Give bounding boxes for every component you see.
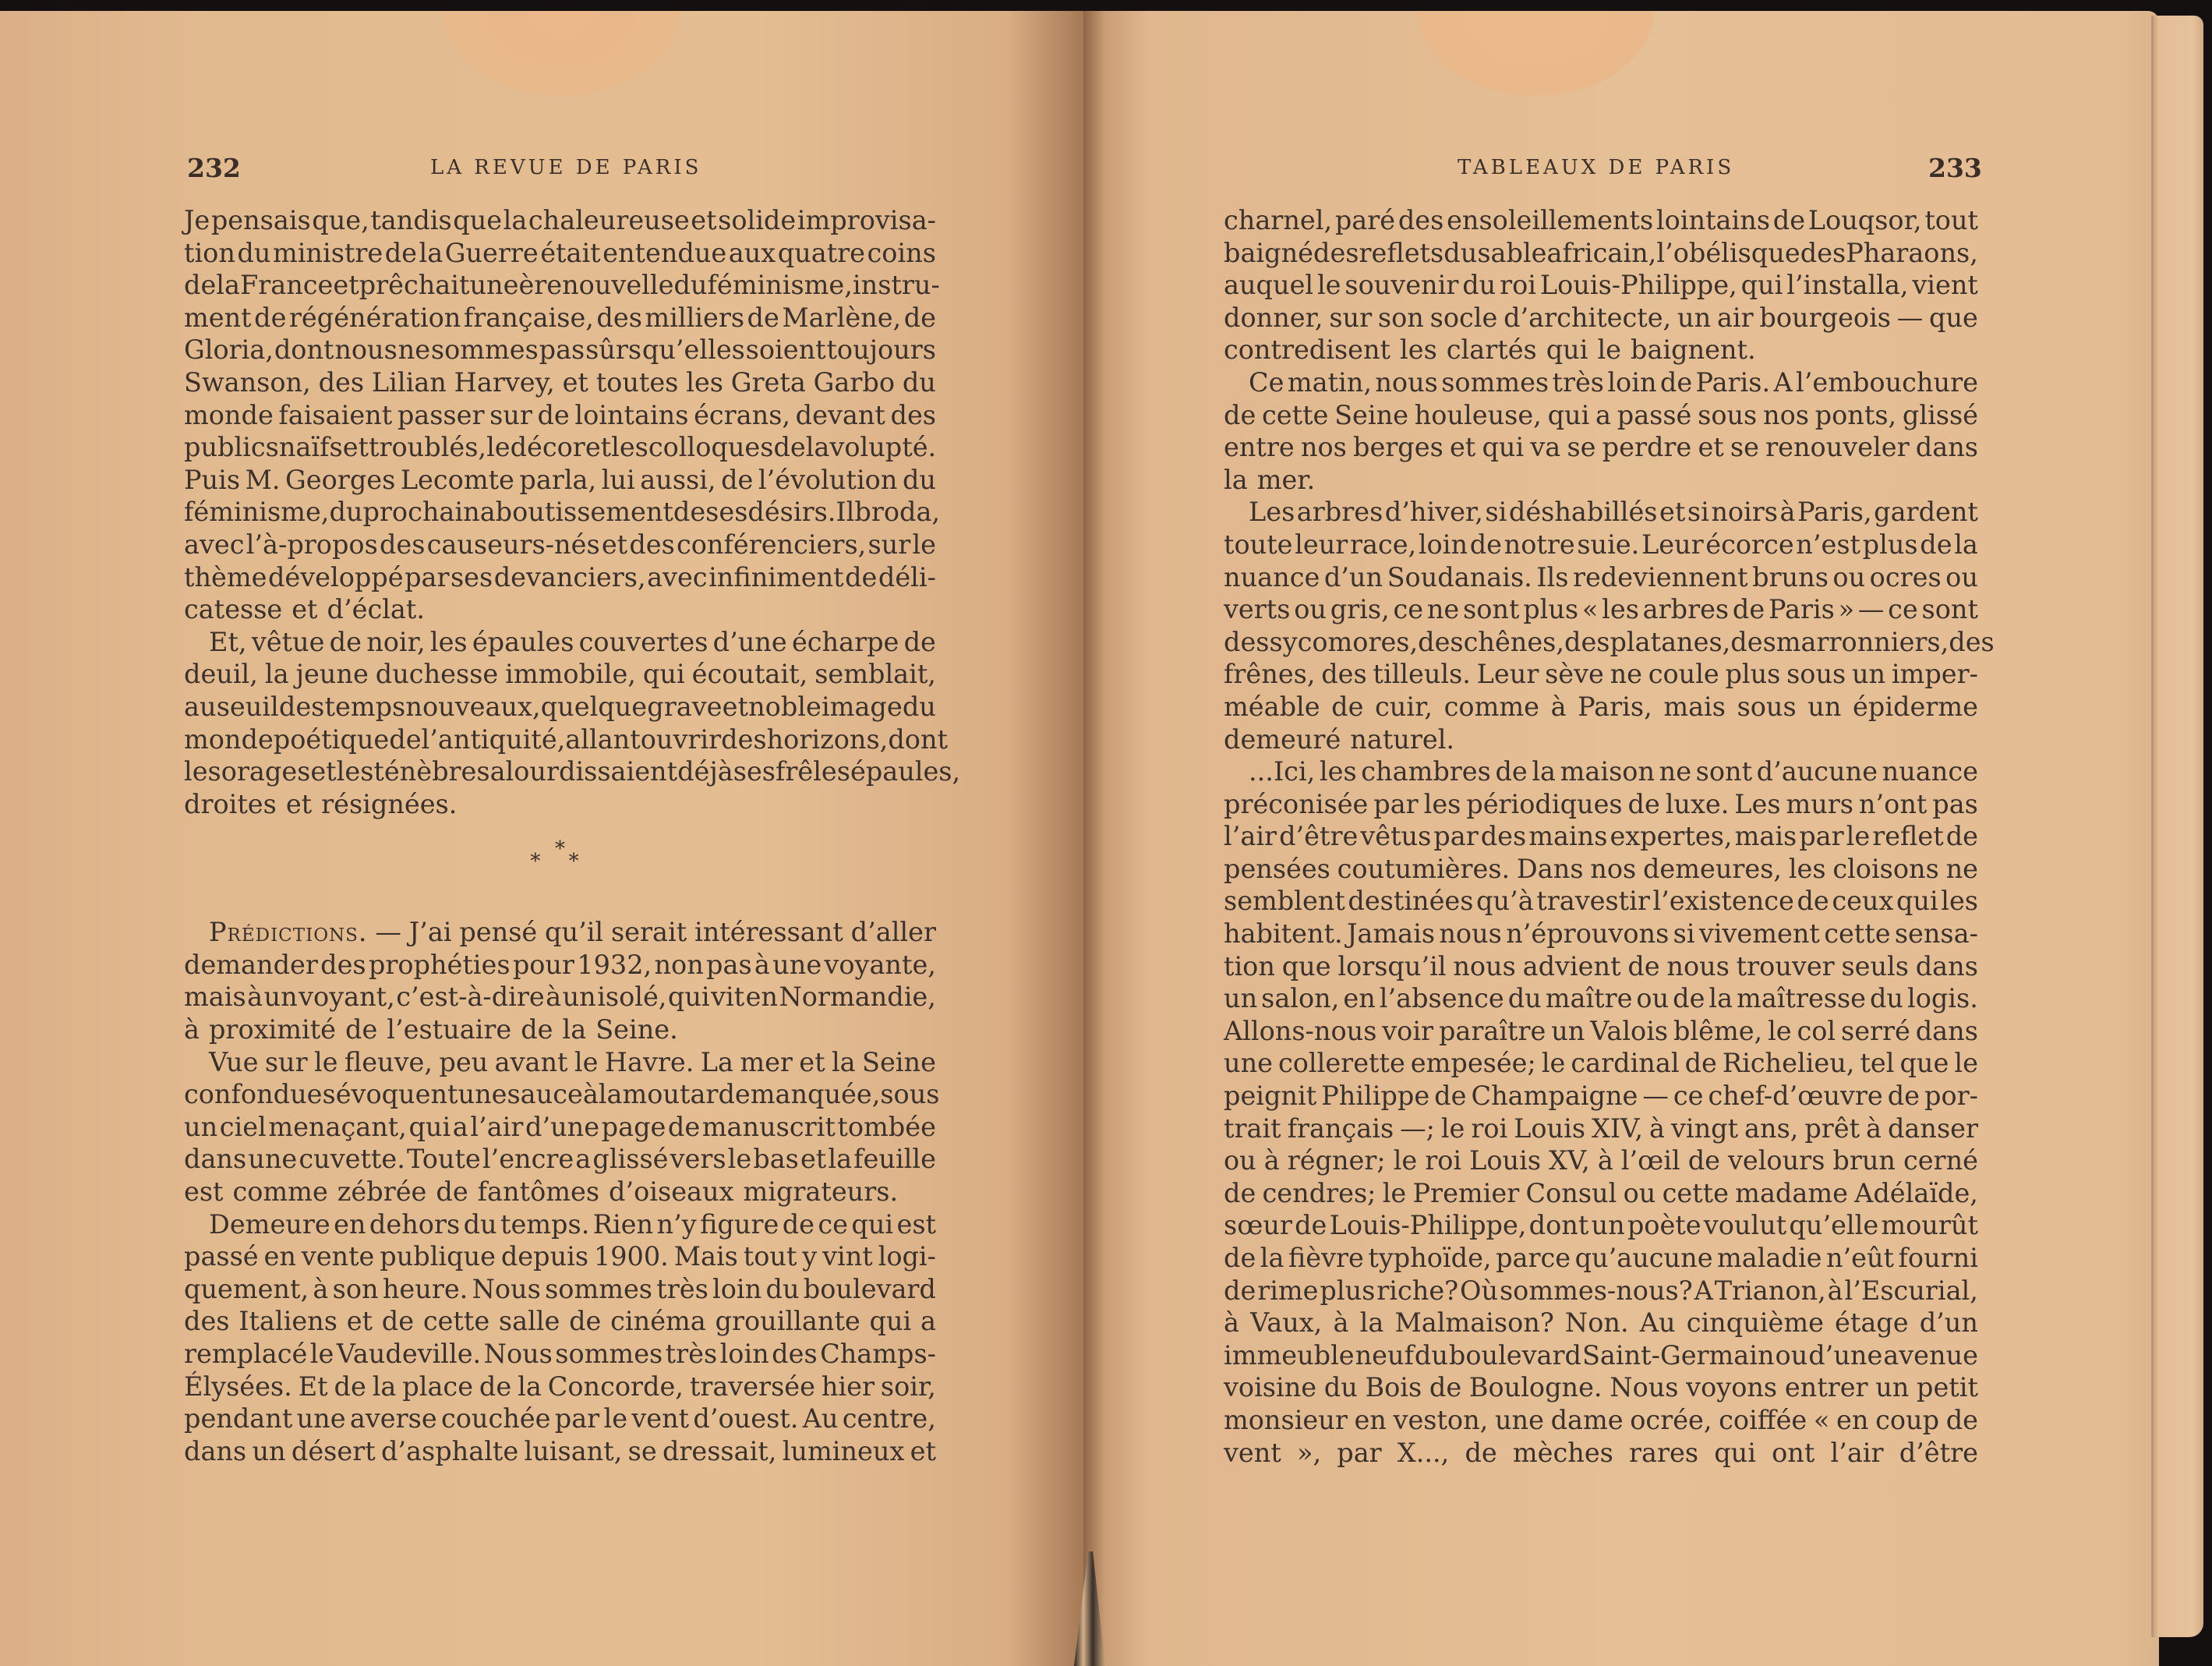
text-line: touteleurrace,loindenotresuie.Leurécorce… [1224,529,1978,561]
text-line: unsalon,enl’absencedumaîtreoudelamaîtres… [1224,982,1978,1015]
asterism-bottom: * * [530,850,589,873]
text-line: tionquelorsqu’ilnousadvientdenoustrouver… [1224,950,1978,983]
text-line: Lesarbresd’hiver,sidéshabillésetsinoirsà… [1224,496,1978,529]
right-page-text: charnel,parédesensoleillementslointainsd… [1224,204,1978,1469]
text-line: publicsnaïfsettroublés,ledécoretlescollo… [184,431,936,464]
text-line: nuanced’unSoudanais.Ilsredeviennentbruns… [1224,561,1978,594]
text-line: Cematin,noussommestrèsloindeParis.Al’emb… [1224,366,1978,399]
text-line: demeurénaturel. [1224,723,1978,756]
page-number-left: 232 [187,153,241,183]
text-line: deuil,lajeuneduchesseimmobile,quiécoutai… [184,658,936,691]
left-paragraphs-top: Jepensaisque,tandisquelachaleureuseetsol… [184,204,936,820]
text-line: frênes,destilleuls.Leursèvenecouleplusso… [1224,658,1978,691]
text-line: sœurdeLouis-Philippe,dontunpoètevoulutqu… [1224,1209,1978,1242]
page-number-right: 233 [1928,153,1982,183]
text-line: dansunecuvette.Toutel’encreaglisséversle… [184,1143,936,1176]
text-line: dansundésertd’asphalteluisant,sedressait… [184,1435,936,1468]
text-line: estcommezébréedefantômesd’oiseauxmigrate… [184,1176,936,1208]
text-line: delaFranceetprêchaituneèrenouvelledufémi… [184,269,936,302]
text-line: decetteSeinehouleuse,quiapassésousnospon… [1224,399,1978,432]
section-heading: Prédictions. [209,916,368,949]
text-line: vent»,parX...,demèchesraresquiontl’aird’… [1224,1437,1978,1470]
text-line: Allons-nousvoirparaîtreunValoisblême,lec… [1224,1015,1978,1048]
text-line: unecolleretteempesée;lecardinaldeRicheli… [1224,1047,1978,1080]
text-line: droitesetrésignées. [184,788,936,821]
text-line: mondepoétiquedel’antiquité,allantouvrird… [184,723,936,756]
text-line: lesoragesetlesténèbresalourdissaientdéjà… [184,755,936,788]
text-line: maisàunvoyant,c’est-à-direàunisolé,quivi… [184,981,936,1013]
text-line: charnel,parédesensoleillementslointainsd… [1224,204,1978,237]
left-page-text: Jepensaisque,tandisquelachaleureuseetsol… [184,204,936,1467]
right-paragraphs: charnel,parédesensoleillementslointainsd… [1224,204,1978,1469]
text-line: Demeureendehorsdutemps.Rienn’yfiguredece… [184,1208,936,1241]
text-line: habitent.Jamaisnousn’éprouvonssivivement… [1224,918,1978,950]
text-line: dessycomores,deschênes,desplatanes,desma… [1224,626,1978,659]
text-line: confonduesévoquentunesauceàlamoutardeman… [184,1078,936,1111]
text-line: passéenventepubliquedepuis1900.Maistouty… [184,1240,936,1273]
text-line: pendantuneaversecouchéeparleventd’ouest.… [184,1402,936,1435]
text-line: PuisM.GeorgesLecomteparla,luiaussi,del’é… [184,464,936,497]
text-line: remplacéleVaudeville.Noussommestrèsloind… [184,1338,936,1371]
text-line: Gloria,dontnousnesommespassûrsqu’ellesso… [184,334,936,366]
text-line: préconiséeparlespériodiquesdeluxe.Lesmur… [1224,788,1978,821]
text-line: contredisentlesclartésquilebaignent. [1224,334,1978,366]
text-line: penséescoutumières.Dansnosdemeures,lescl… [1224,853,1978,886]
text-line: Vuesurlefleuve,peuavantleHavre.Lameretla… [184,1046,936,1079]
page-fore-edge [2151,16,2203,1637]
text-line: Swanson,desLilianHarvey,ettouteslesGreta… [184,366,936,399]
text-line: féminisme,duprochainaboutissementdesesdé… [184,496,936,529]
open-book-spread: 232 LA REVUE DE PARIS TABLEAUX DE PARIS … [0,0,2212,1666]
text-line: derimeplusriche?Oùsommes-nous?ATrianon,à… [1224,1275,1978,1307]
text-line: àproximitédel’estuairedelaSeine. [184,1013,936,1046]
text-line: baignédesrefletsdusableafricain,l’obélis… [1224,237,1978,270]
text-line: catesseetd’éclat. [184,593,936,626]
text-line: semblentdestinéesqu’àtravestirl’existenc… [1224,885,1978,918]
text-line: ...Ici,leschambresdelamaisonnesontd’aucu… [1224,755,1978,788]
text-line: voisineduBoisdeBoulogne.Nousvoyonsentrer… [1224,1371,1978,1404]
text-line: tionduministredelaGuerreétaitentendueaux… [184,237,936,270]
text-line: auseuildestempsnouveaux,quelquegraveetno… [184,691,936,723]
text-line: Et,vêtuedenoir,lesépaulescouvertesd’uneé… [184,626,936,659]
text-line: lamer. [1224,464,1978,497]
text-line: desItaliensetdecettesalledecinémagrouill… [184,1305,936,1338]
text-line: delafièvretyphoïde,parcequ’aucunemaladie… [1224,1242,1978,1275]
text-line: quement,àsonheure.Noussommestrèsloindubo… [184,1273,936,1306]
text-line: auquellesouvenirduroiLouis-Philippe,quil… [1224,269,1978,302]
left-paragraphs-bottom: Prédictions.—J’aipenséqu’ilseraitintéres… [184,916,936,1467]
text-line: vertsougris,cenesontplus«lesarbresdePari… [1224,593,1978,626]
text-line: monsieurenveston,unedameocrée,coiffée«en… [1224,1404,1978,1437]
text-line: l’aird’êtrevêtuspardesmainsexpertes,mais… [1224,820,1978,853]
text-line: ouàrégner;leroiLouisXV,àl’œildeveloursbr… [1224,1144,1978,1177]
text-line: uncielmenaçant,quial’aird’unepagedemanus… [184,1111,936,1144]
text-line: traitfrançais—;leroiLouisXIV,àvingtans,p… [1224,1112,1978,1145]
running-head-right: TABLEAUX DE PARIS [1458,156,1734,179]
text-line: demanderdesprophétiespour1932,nonpasàune… [184,949,936,982]
text-line: mentderégénérationfrançaise,desmilliersd… [184,302,936,334]
running-head-left: LA REVUE DE PARIS [430,156,701,179]
text-line: peignitPhilippedeChampaigne—cechef-d’œuv… [1224,1080,1978,1112]
text-line: Élysées.EtdelaplacedelaConcorde,traversé… [184,1371,936,1403]
text-line: avecl’à-proposdescauseurs-nésetdesconfér… [184,529,936,561]
text-line: thèmedéveloppéparsesdevanciers,avecinfin… [184,561,936,594]
text-line: mondefaisaientpassersurdelointainsécrans… [184,399,936,432]
section-asterism: * * * [184,820,936,916]
text-line: donner,sursonsocled’architecte,unairbour… [1224,302,1978,334]
text-line: méabledecuir,commeàParis,maissousunépide… [1224,691,1978,723]
text-line: àVaux,àlaMalmaison?Non.Aucinquièmeétaged… [1224,1307,1978,1339]
text-line: decendres;lePremierConsuloucettemadameAd… [1224,1177,1978,1210]
text-line: Jepensaisque,tandisquelachaleureuseetsol… [184,204,936,237]
text-line: immeubleneufduboulevardSaint-Germainoud’… [1224,1339,1978,1372]
text-line: Prédictions.—J’aipenséqu’ilseraitintéres… [184,916,936,949]
text-line: entrenosbergesetquivaseperdreetserenouve… [1224,431,1978,464]
